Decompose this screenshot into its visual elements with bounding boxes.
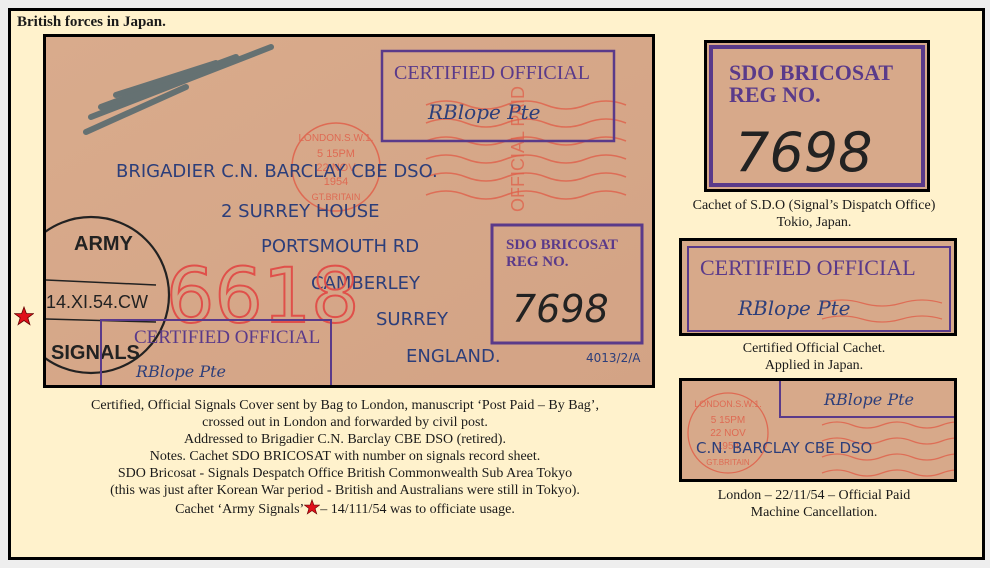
svg-text:5 15PM: 5 15PM (317, 148, 355, 160)
svg-text:14.XI.54.CW: 14.XI.54.CW (46, 292, 148, 312)
svg-text:7698: 7698 (512, 287, 609, 331)
svg-text:SIGNALS: SIGNALS (51, 342, 140, 364)
svg-text:7698: 7698 (735, 121, 872, 184)
svg-text:SDO BRICOSAT: SDO BRICOSAT (506, 237, 618, 253)
svg-text:22 NOV: 22 NOV (710, 428, 746, 439)
certified-cachet-caption: Certified Official Cachet. Applied in Ja… (664, 340, 964, 374)
cover-photo: OFFICIAL PAID LONDON.S.W.1. 5 15PM 22 NO… (43, 34, 655, 388)
svg-text:CERTIFIED OFFICIAL: CERTIFIED OFFICIAL (394, 62, 590, 84)
svg-text:ENGLAND.: ENGLAND. (406, 346, 501, 367)
svg-text:GT.BRITAIN: GT.BRITAIN (706, 458, 750, 467)
sdo-cachet-caption: Cachet of S.D.O (Signal’s Dispatch Offic… (664, 197, 964, 231)
page-title: British forces in Japan. (17, 14, 166, 31)
svg-text:RBlope Pte: RBlope Pte (135, 362, 226, 381)
svg-text:4013/2/A: 4013/2/A (586, 351, 641, 365)
svg-text:LONDON.S.W.1.: LONDON.S.W.1. (694, 399, 762, 409)
svg-text:2 SURREY HOUSE: 2 SURREY HOUSE (221, 201, 380, 222)
certified-cachet-detail-photo: CERTIFIED OFFICIAL RBlope Pte (679, 238, 957, 336)
svg-text:REG NO.: REG NO. (506, 254, 569, 270)
sdo-cachet-detail-photo: SDO BRICOSAT REG NO. 7698 (704, 40, 930, 192)
machine-cancel-detail-photo: RBlope Pte LONDON.S.W.1. 5 15PM 22 NOV 1… (679, 378, 957, 482)
svg-text:RBlope Pte: RBlope Pte (427, 100, 541, 124)
star-icon (14, 306, 34, 326)
svg-text:REG NO.: REG NO. (729, 82, 821, 107)
svg-text:LONDON.S.W.1.: LONDON.S.W.1. (298, 133, 373, 144)
svg-text:CERTIFIED OFFICIAL: CERTIFIED OFFICIAL (134, 327, 320, 348)
svg-text:SURREY: SURREY (376, 309, 449, 330)
cover-caption: Certified, Official Signals Cover sent b… (20, 397, 670, 518)
svg-text:ARMY: ARMY (74, 233, 134, 255)
svg-text:CERTIFIED OFFICIAL: CERTIFIED OFFICIAL (700, 255, 916, 280)
svg-text:C.N. BARCLAY CBE DSO: C.N. BARCLAY CBE DSO (696, 439, 872, 457)
svg-text:RBlope Pte: RBlope Pte (823, 390, 914, 409)
star-icon (304, 499, 320, 515)
svg-text:RBlope Pte: RBlope Pte (737, 296, 851, 320)
svg-text:BRIGADIER C.N. BARCLAY CBE DSO: BRIGADIER C.N. BARCLAY CBE DSO. (116, 161, 438, 182)
machine-cancel-caption: London – 22/11/54 – Official Paid Machin… (664, 487, 964, 521)
svg-text:5 15PM: 5 15PM (711, 415, 745, 426)
